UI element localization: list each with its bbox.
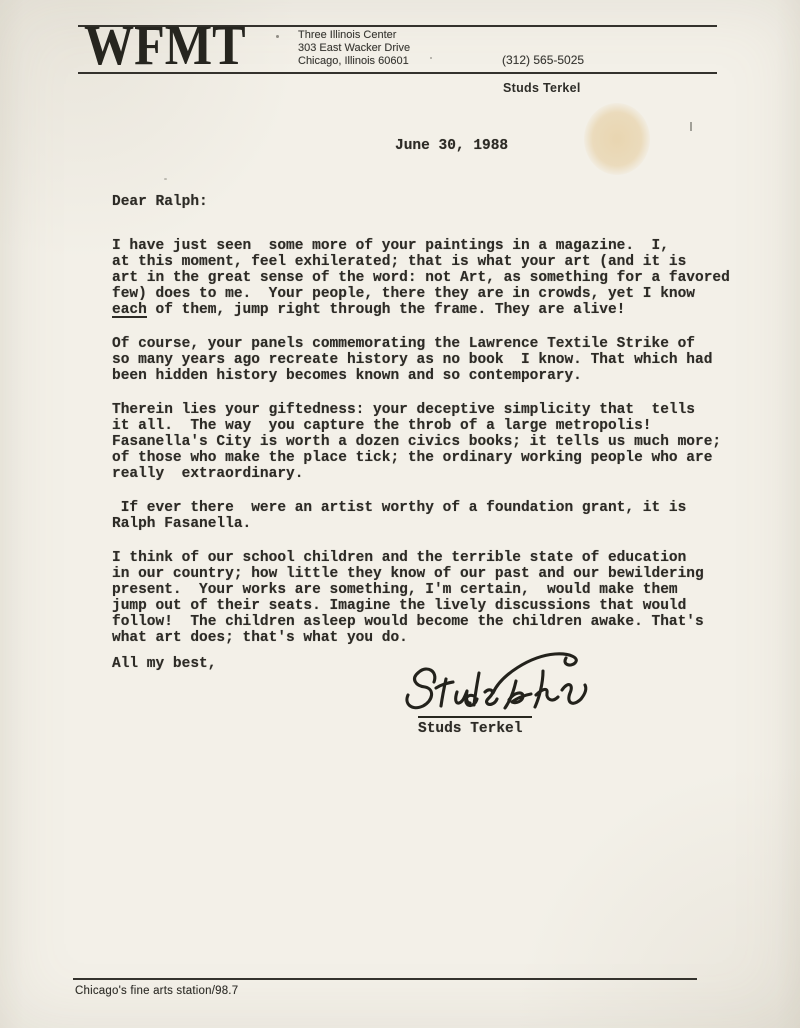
letter-salutation: Dear Ralph: [112, 194, 208, 210]
paragraph-2: Of course, your panels commemorating the… [112, 336, 772, 384]
letter-date: June 30, 1988 [395, 138, 508, 154]
signature-underline [418, 716, 532, 718]
letterhead-address: Three Illinois Center 303 East Wacker Dr… [298, 29, 410, 68]
ink-speck [164, 178, 167, 180]
letterhead-bottom-rule [78, 72, 717, 74]
underline-mark-each [112, 316, 147, 318]
scanned-letter-page: WFMT Three Illinois Center 303 East Wack… [0, 0, 800, 1028]
paragraph-4: If ever there were an artist worthy of a… [112, 500, 772, 532]
wfmt-logo: WFMT [84, 17, 246, 74]
paragraph-5: I think of our school children and the t… [112, 550, 772, 646]
letterhead-contact-name: Studs Terkel [503, 81, 581, 95]
stray-pen-mark [690, 122, 692, 131]
paragraph-3: Therein lies your giftedness: your decep… [112, 402, 772, 482]
coffee-stain-mark [584, 103, 650, 175]
ink-speck [276, 35, 279, 38]
typed-signature-name: Studs Terkel [418, 721, 522, 737]
footer-tagline: Chicago's fine arts station/98.7 [75, 985, 238, 997]
letter-body: I have just seen some more of your paint… [112, 238, 772, 690]
footer-rule [73, 978, 697, 980]
ink-speck [430, 57, 432, 59]
letterhead-phone: (312) 565-5025 [502, 53, 584, 67]
paragraph-1: I have just seen some more of your paint… [112, 238, 772, 318]
